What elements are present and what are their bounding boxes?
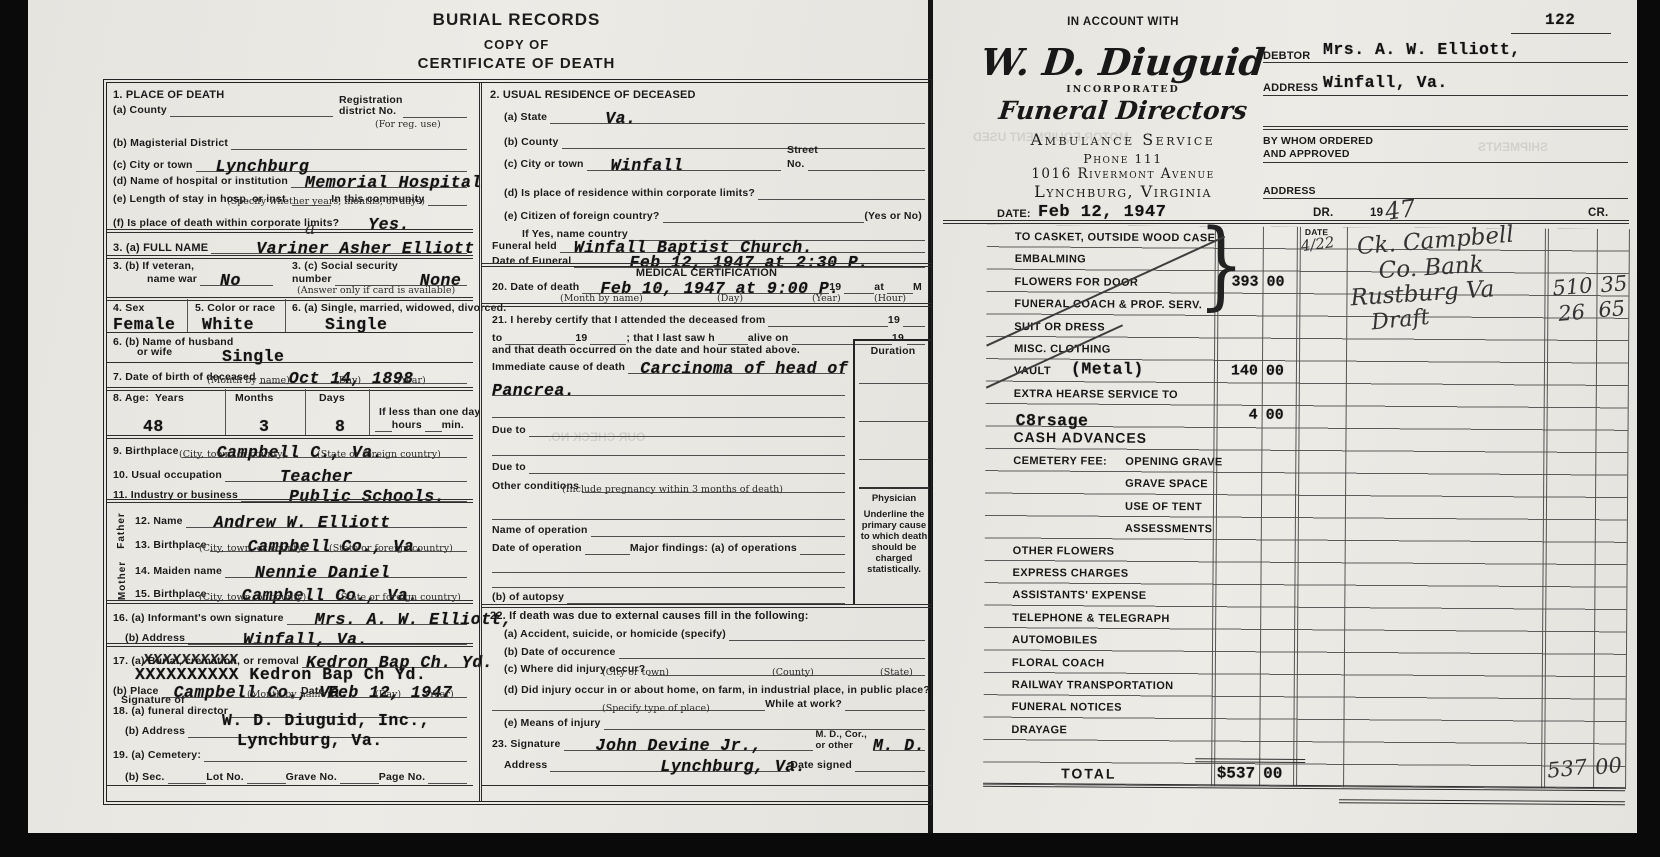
doc-subtitle-certificate: CERTIFICATE OF DEATH xyxy=(106,55,927,72)
cause-row2: Pancrea. xyxy=(492,383,845,396)
cause-row: Immediate cause of deathCarcinoma of hea… xyxy=(492,361,845,374)
s1c-line: Lynchburg xyxy=(196,158,467,172)
ordered-address-label: ADDRESS xyxy=(1263,186,1316,198)
s2d-label: (d) Is place of residence within corpora… xyxy=(504,188,755,200)
column-rule xyxy=(1259,227,1264,787)
s22-while-line xyxy=(845,697,925,711)
s20-m: M xyxy=(913,282,922,294)
physician-note: Underline the primary cause to which dea… xyxy=(857,509,931,575)
page-number-line xyxy=(1511,33,1611,34)
s3b-line: No xyxy=(200,272,273,286)
column-rule xyxy=(1593,229,1598,789)
s13-label: 13. Birthplace xyxy=(135,540,207,552)
ledger-item: FUNERAL NOTICES xyxy=(1012,701,1122,714)
divider xyxy=(225,389,226,435)
s12-label: 12. Name xyxy=(135,516,183,528)
duration-label: Duration xyxy=(855,346,931,358)
blank-line xyxy=(492,559,845,573)
acct-date-label: DATE: xyxy=(997,208,1031,220)
in-account-with: IN ACCOUNT WITH xyxy=(963,16,1283,29)
dr-amount-dollars: 4 xyxy=(1214,406,1258,423)
duration-line xyxy=(859,383,929,384)
s7-sub2: (Day) xyxy=(335,375,361,386)
s19b-grave-label: Grave No. xyxy=(286,772,337,784)
s19b-lot-label: Lot No. xyxy=(206,772,244,784)
blank-line xyxy=(492,404,845,418)
s1e-line2 xyxy=(428,192,467,206)
s12-row: 12. NameAndrew W. Elliott xyxy=(135,515,467,528)
divider xyxy=(305,389,306,435)
hw-date: 4/22 xyxy=(1300,235,1335,254)
column-rule xyxy=(1343,227,1348,787)
s21-text1: 21. I hereby certify that I attended the… xyxy=(492,315,765,327)
s3a-handwritten-correction: a xyxy=(305,221,315,238)
s23-addr-label: Address xyxy=(504,760,547,772)
rule xyxy=(107,332,473,333)
rule xyxy=(482,785,931,786)
ledger-item: MISC. CLOTHING xyxy=(1014,343,1111,356)
firm-name: W. D. Diuguid xyxy=(961,40,1286,84)
s1b-row: (b) Magisterial District xyxy=(113,137,467,150)
due2-label: Due to xyxy=(492,462,526,474)
scan-edge-left xyxy=(0,0,28,857)
s1b-label: (b) Magisterial District xyxy=(113,138,228,150)
s10-line: Teacher xyxy=(225,468,467,482)
s1c-value: Lynchburg xyxy=(196,159,310,176)
s19b-sec-line xyxy=(168,770,207,784)
s17-line2-value: XXXXXXXXXX Kedron Bap Ch Yd. xyxy=(135,667,426,684)
cause-label: Immediate cause of death xyxy=(492,362,625,374)
ledger-item: FUNERAL COACH & PROF. SERV. xyxy=(1014,298,1202,311)
s13-sub2: (State or foreign country) xyxy=(329,543,453,554)
column-rule xyxy=(1625,229,1630,789)
ledger-item: CEMETERY FEE: xyxy=(1013,455,1107,468)
s4-label: 4. Sex xyxy=(113,303,145,315)
s1c-label: (c) City or town xyxy=(113,160,193,172)
s20-hour-line xyxy=(887,280,913,294)
s2e-line xyxy=(663,209,865,223)
funeral-held-row: Funeral heldWinfall Baptist Church. xyxy=(492,240,925,253)
ledger-item: EMBALMING xyxy=(1015,253,1087,265)
s1d-label: (d) Name of hospital or institution xyxy=(113,176,288,188)
s19a-label: 19. (a) Cemetery: xyxy=(113,750,201,762)
ledger-item: ASSISTANTS' EXPENSE xyxy=(1012,589,1146,602)
autopsy-row: (b) of autopsy xyxy=(492,591,845,604)
s23-md-label2: or other xyxy=(816,741,868,751)
s22-while-label: While at work? xyxy=(765,699,842,711)
s18-label2: 18. (a) funeral director xyxy=(113,706,228,718)
total-dr-dollars: $537 xyxy=(1195,764,1255,782)
s1-reg-label2: district No. xyxy=(339,106,396,118)
s3c-note: (Answer only if card is available) xyxy=(297,285,455,296)
rule xyxy=(107,297,473,301)
s1d-row: (d) Name of hospital or institutionMemor… xyxy=(113,175,467,188)
s19b-page-label: Page No. xyxy=(379,772,426,784)
physician-label: Physician xyxy=(857,493,931,504)
cash-advances-header: CASH ADVANCES xyxy=(1013,429,1147,446)
s22a-label: (a) Accident, suicide, or homicide (spec… xyxy=(504,629,726,641)
s17-sub1: (Month by name) xyxy=(247,689,330,700)
s1a-line xyxy=(170,103,333,117)
s22a-row: (a) Accident, suicide, or homicide (spec… xyxy=(504,628,925,641)
s22d-note: (Specify type of place) xyxy=(602,703,710,714)
operation-line xyxy=(591,523,845,537)
hw-cr-total-dollars: 537 xyxy=(1546,757,1588,782)
rule xyxy=(482,604,931,608)
blank-row xyxy=(492,443,845,456)
opdate-label: Date of operation xyxy=(492,543,582,555)
debtor-address-label: ADDRESS xyxy=(1263,82,1318,94)
s1a-label: (a) County xyxy=(113,105,167,117)
s23-addr-row: AddressLynchburg, Va.Date signed xyxy=(504,759,925,772)
spare-line xyxy=(1263,126,1628,130)
s3c-label1: 3. (c) Social security xyxy=(292,261,398,273)
autopsy-label: (b) of autopsy xyxy=(492,592,564,604)
hw-cr-cents1: 35 xyxy=(1600,273,1628,296)
s8-days-value: 8 xyxy=(335,419,345,436)
hw-cr-cents2: 65 xyxy=(1598,298,1626,321)
ordered-by-label1: BY WHOM ORDERED xyxy=(1263,136,1373,148)
s19b-lot-line xyxy=(247,770,286,784)
s8-years-label: Years xyxy=(155,393,184,405)
father-group-label: Father xyxy=(116,512,127,549)
s2b-label: (b) County xyxy=(504,137,559,149)
divider xyxy=(369,389,370,435)
total-label: TOTAL xyxy=(1061,765,1116,781)
operation-label: Name of operation xyxy=(492,525,588,537)
ledger-bottom-rule2 xyxy=(1339,799,1625,805)
s2-street-label: Street xyxy=(787,145,818,157)
s7-sub3: (Year) xyxy=(397,375,426,386)
s20-line: Feb 10, 1947 at 9:00 P. xyxy=(582,280,829,294)
due2-line xyxy=(529,460,845,474)
s8-less-label: If less than one day xyxy=(379,407,480,419)
s3a-line: Variner Asher Elliott xyxy=(211,240,467,254)
s20-row: 20. Date of deathFeb 10, 1947 at 9:00 P.… xyxy=(492,281,925,294)
s2a-row: (a) StateVa. xyxy=(504,111,925,124)
s23-label: 23. Signature xyxy=(492,739,561,751)
doc-title: BURIAL RECORDS xyxy=(106,10,927,30)
ledger-header-rule xyxy=(943,220,1629,224)
date-signed-line xyxy=(855,758,925,772)
s19b-row: (b) Sec.Lot No.Grave No.Page No. xyxy=(125,771,467,784)
s22e-row: (e) Means of injury xyxy=(504,717,925,730)
s2-streetno-label: No. xyxy=(787,159,805,171)
ordered-by-label2: AND APPROVED xyxy=(1263,149,1350,161)
rule xyxy=(107,499,473,503)
s22c-sub3: (State) xyxy=(880,667,913,678)
due2-row: Due to xyxy=(492,461,845,474)
s6a-label: 6. (a) Single, married, widowed, divorce… xyxy=(292,303,506,315)
rule xyxy=(107,229,473,233)
s1e-note: (Specify whether years, months, or days) xyxy=(227,196,425,207)
duration-line xyxy=(859,459,929,460)
rule xyxy=(107,435,473,439)
year-printed: 19 xyxy=(1370,207,1383,220)
doc-subtitle-copyof: COPY OF xyxy=(106,37,927,52)
acct-date-value: Feb 12, 1947 xyxy=(1038,204,1166,221)
rule xyxy=(107,362,473,363)
s22c-row: (c) Where did injury occur? xyxy=(504,663,925,676)
s9-label: 9. Birthplace xyxy=(113,446,179,458)
s21-h-line xyxy=(718,331,748,345)
ledger-item: FLORAL COACH xyxy=(1012,657,1105,670)
s3c-line: None xyxy=(335,272,467,286)
operation-row: Name of operation xyxy=(492,524,845,537)
divider xyxy=(187,299,188,333)
address-line xyxy=(1263,95,1628,96)
s3b-label1: 3. (b) If veteran, xyxy=(113,261,194,273)
blank-row xyxy=(492,575,845,588)
rule xyxy=(107,387,473,391)
s17-sub3: (Year) xyxy=(425,689,454,700)
s2a-line: Va. xyxy=(550,110,925,124)
s19a-row: 19. (a) Cemetery: xyxy=(113,749,467,762)
blank-line xyxy=(492,442,845,456)
s6b-label1: 6. (b) Name of husband xyxy=(113,337,234,349)
hw-cr-dollars1: 510 xyxy=(1552,275,1594,299)
s22c-sub1: (City or town) xyxy=(602,667,669,678)
cert-col2: 2. USUAL RESIDENCE OF DECEASED (a) State… xyxy=(479,83,931,801)
s9-sub2: (State or foreign country) xyxy=(317,449,441,460)
s23-row: 23. SignatureJohn Devine Jr.,M. D., Cor.… xyxy=(492,738,925,751)
rule xyxy=(107,643,473,647)
s8-min-line xyxy=(425,418,442,432)
grouping-brace: } xyxy=(1198,216,1244,312)
s2a-value: Va. xyxy=(550,111,636,128)
s2d-line xyxy=(758,186,925,200)
s22d-label: (d) Did injury occur in or about home, o… xyxy=(504,685,930,697)
blank-row xyxy=(492,507,845,520)
s2b-line xyxy=(562,135,926,149)
s22a-line xyxy=(729,627,925,641)
s22c-sub2: (County) xyxy=(772,667,814,678)
ledger-item: EXPRESS CHARGES xyxy=(1012,567,1128,580)
cause-value1: Carcinoma of head of xyxy=(628,361,848,378)
ledger-subitem: GRAVE SPACE xyxy=(1125,478,1208,491)
s22b-row: (b) Date of occurence xyxy=(504,646,925,659)
date-signed-label: Date signed xyxy=(790,760,852,772)
s14-row: 14. Maiden nameNennie Daniel xyxy=(135,565,467,578)
debtor-value: Mrs. A. W. Elliott, xyxy=(1323,42,1521,59)
due1-row: Due to xyxy=(492,424,845,437)
ordered-address-line xyxy=(1263,198,1628,199)
s3b-row: name warNo xyxy=(147,273,273,286)
dr-amount-cents: 00 xyxy=(1267,274,1285,291)
s2e-label: (e) Citizen of foreign country? xyxy=(504,211,660,223)
s21-line1-rule xyxy=(768,313,888,327)
s14-value: Nennie Daniel xyxy=(225,565,390,582)
findings-label: Major findings: (a) of operations xyxy=(630,543,797,555)
s16a-row: 16. (a) Informant's own signatureMrs. A.… xyxy=(113,612,467,625)
ledger-subitem: USE OF TENT xyxy=(1125,501,1202,514)
blank-row xyxy=(492,405,845,418)
page-number: 122 xyxy=(1545,12,1575,28)
scan-edge-bottom xyxy=(0,833,1660,857)
s19a-line xyxy=(204,748,467,762)
s10-label: 10. Usual occupation xyxy=(113,470,222,482)
s8-label: 8. Age: xyxy=(113,393,149,405)
s8-hours-line xyxy=(375,418,392,432)
rule xyxy=(107,600,473,604)
s3a-label: 3. (a) FULL NAME xyxy=(113,242,208,254)
s21-to-line xyxy=(505,331,575,345)
other-note: (Include pregnancy within 3 months of de… xyxy=(562,484,783,495)
s7-line: Oct 14, 1898 xyxy=(259,370,467,384)
s8-min-label: min. xyxy=(442,420,464,432)
s2c-line: Winfall xyxy=(587,157,781,171)
s22b-line xyxy=(619,645,925,659)
s21-line3: and that death occurred on the date and … xyxy=(492,345,800,357)
ledger-item: AUTOMOBILES xyxy=(1012,634,1098,647)
s21-19b-line xyxy=(590,331,626,345)
duration-box: Duration Physician Underline the primary… xyxy=(853,339,931,605)
s2a-label: (a) State xyxy=(504,112,547,124)
dr-amount-cents: 00 xyxy=(1266,407,1284,424)
s1-reg-note: (For reg. use) xyxy=(375,119,441,130)
s23-md-value: M. D. xyxy=(873,738,925,755)
ledger-item-typed: C8rsage xyxy=(1016,413,1089,430)
s16a-label: 16. (a) Informant's own signature xyxy=(113,613,284,625)
s8-days-label: Days xyxy=(319,393,345,405)
duration-divider xyxy=(859,487,929,489)
s21-line1: 21. I hereby certify that I attended the… xyxy=(492,314,925,327)
dr-column-label: DR. xyxy=(1313,207,1333,220)
s23-md-line: M. D. xyxy=(873,737,925,751)
debtor-address-value: Winfall, Va. xyxy=(1323,75,1448,92)
s12-value: Andrew W. Elliott xyxy=(186,515,391,532)
scan-edge-right xyxy=(1637,0,1660,857)
cr-column-label: CR. xyxy=(1588,207,1608,220)
s2b-row: (b) County xyxy=(504,136,925,149)
s2e-note: (Yes or No) xyxy=(864,211,922,223)
s14-line: Nennie Daniel xyxy=(225,564,467,578)
s1f-line: Yes. xyxy=(342,216,467,230)
firm-address1: 1016 Rivermont Avenue xyxy=(963,166,1283,182)
s23-value: John Devine Jr., xyxy=(564,738,762,755)
debtor-line xyxy=(1263,62,1628,63)
s8-hours-row: hoursmin. xyxy=(375,419,467,432)
scanned-burial-record: OUR CHECK NO. BURIAL RECORDS COPY OF CER… xyxy=(0,0,1660,857)
dr-amount-cents: 00 xyxy=(1266,363,1284,380)
s23-md-label1: M. D., Cor., xyxy=(816,730,868,740)
s3b-value: No xyxy=(200,273,241,290)
bleedthrough-text: SHIPMENTS xyxy=(1478,140,1548,154)
firm-address2: Lynchburg, Virginia xyxy=(963,182,1283,201)
blank-line xyxy=(492,574,845,588)
s5-label: 5. Color or race xyxy=(195,303,275,315)
ledger-item: RAILWAY TRANSPORTATION xyxy=(1012,679,1174,692)
s9-sub1: (City, town, or county) xyxy=(179,449,286,460)
s19b-sec-label: (b) Sec. xyxy=(125,772,165,784)
s21-19a: 19 xyxy=(888,315,900,327)
hw-cr-total-cents: 00 xyxy=(1594,755,1623,779)
due1-line xyxy=(529,423,845,437)
s6b-value: Single xyxy=(222,349,284,366)
s23-line: John Devine Jr., xyxy=(564,737,813,751)
s1a-row: (a) County xyxy=(113,104,333,117)
s1d-value: Memorial Hospital xyxy=(291,175,482,192)
s7-sub1: (Month by name) xyxy=(207,375,290,386)
rule xyxy=(482,303,931,307)
ledger-item: OTHER FLOWERS xyxy=(1013,545,1115,558)
s19b-grave-line xyxy=(340,770,379,784)
medical-certification-title: MEDICAL CERTIFICATION xyxy=(482,267,931,279)
s10-row: 10. Usual occupationTeacher xyxy=(113,469,467,482)
firm-phone: Phone 111 xyxy=(963,151,1283,166)
ledger-item: EXTRA HEARSE SERVICE TO xyxy=(1014,388,1178,401)
s1c-row: (c) City or townLynchburg xyxy=(113,159,467,172)
mother-group-label: Mother xyxy=(117,561,128,600)
funeral-held-line: Winfall Baptist Church. xyxy=(560,239,925,253)
hw-cr-dollars2: 26 xyxy=(1558,302,1586,325)
s3b-label2: name war xyxy=(147,274,197,286)
s17-sub2: (Day) xyxy=(375,689,401,700)
cause-value2: Pancrea. xyxy=(492,383,575,400)
cert-col1: 1. PLACE OF DEATH Registration district … xyxy=(107,83,473,801)
s2d-row: (d) Is place of residence within corpora… xyxy=(504,187,925,200)
s22e-line xyxy=(604,716,925,730)
s2-title: 2. USUAL RESIDENCE OF DECEASED xyxy=(490,89,696,101)
certificate-form: 1. PLACE OF DEATH Registration district … xyxy=(106,82,929,802)
s2c-value: Winfall xyxy=(587,158,684,175)
s8-months-value: 3 xyxy=(259,419,269,436)
hw-credit-line4: Draft xyxy=(1370,307,1430,335)
firm-type: Funeral Directors xyxy=(961,96,1284,125)
s10-value: Teacher xyxy=(225,469,353,486)
autopsy-line xyxy=(567,590,845,604)
s12-line: Andrew W. Elliott xyxy=(186,514,467,528)
firm-incorporated: INCORPORATED xyxy=(963,84,1283,95)
s18b-label: (b) Address xyxy=(125,726,185,738)
s1b-line xyxy=(231,136,467,150)
ledger-item: TELEPHONE & TELEGRAPH xyxy=(1012,612,1170,625)
rule xyxy=(107,255,473,259)
firm-service: Ambulance Service xyxy=(963,130,1283,149)
ledger-subitem: OPENING GRAVE xyxy=(1125,456,1222,469)
debtor-label: DEBTOR xyxy=(1263,50,1310,62)
s21-19a-line xyxy=(903,313,925,327)
findings-line xyxy=(800,541,845,555)
blank-line xyxy=(492,506,845,520)
s6b-label2: or wife xyxy=(137,347,172,359)
account-page: MOTOR EQUIPMENT USED SHIPMENTS IN ACCOUN… xyxy=(933,0,1637,833)
ledger-bottom-rule xyxy=(983,783,1625,791)
s3a-row: 3. (a) FULL NAMEVariner Asher Elliott xyxy=(113,241,467,254)
ledger-table: TO CASKET, OUTSIDE WOOD CASE EMBALMING F… xyxy=(983,225,1629,789)
s23-addr-value: Lynchburg, Va. xyxy=(550,759,806,776)
funeral-held-label: Funeral held xyxy=(492,241,557,253)
s1-reg-line xyxy=(403,116,467,118)
s19b-page-line xyxy=(428,770,467,784)
opdate-row: Date of operationMajor findings: (a) of … xyxy=(492,542,845,555)
cause-line: Carcinoma of head of xyxy=(628,360,845,374)
ordered-by-line xyxy=(1263,162,1628,163)
s23-addr-line: Lynchburg, Va. xyxy=(550,758,790,772)
ledger-item: TO CASKET, OUTSIDE WOOD CASE xyxy=(1015,231,1216,244)
rule xyxy=(107,785,473,786)
s2c-row: (c) City or townWinfall xyxy=(504,158,781,171)
s20-year-line xyxy=(844,280,874,294)
s8-years-value: 48 xyxy=(143,419,164,436)
s8-months-label: Months xyxy=(235,393,274,405)
ledger-subitem: ASSESSMENTS xyxy=(1125,523,1213,536)
divider xyxy=(285,299,286,333)
s2-streetno-row: No. xyxy=(787,158,925,171)
total-topline xyxy=(1195,758,1305,763)
cause-line2: Pancrea. xyxy=(492,382,845,396)
s2c-label: (c) City or town xyxy=(504,159,584,171)
